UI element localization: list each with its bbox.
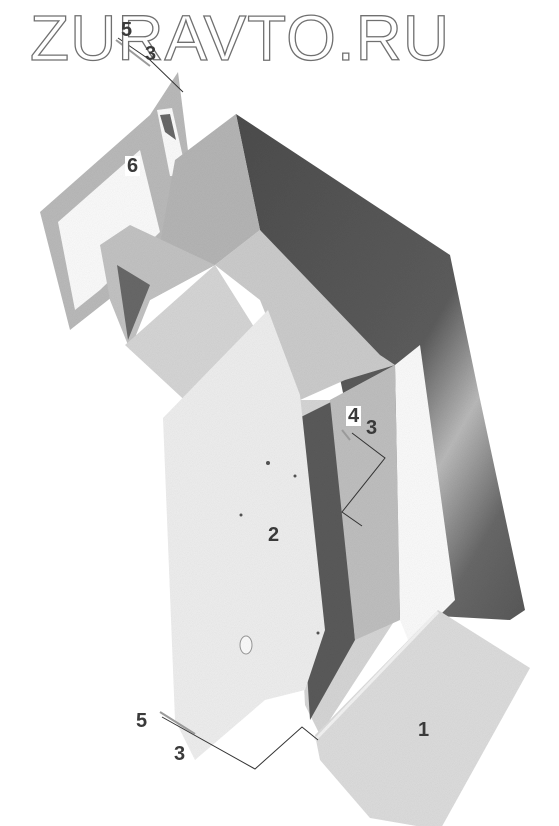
callout-1: 1 xyxy=(418,720,429,740)
callout-6: 6 xyxy=(125,156,140,176)
exploded-diagram xyxy=(0,0,559,826)
callout-5-top: 5 xyxy=(121,20,132,40)
callout-4: 4 xyxy=(346,406,361,426)
part-1-housing xyxy=(100,114,530,826)
callout-3-bottom: 3 xyxy=(174,744,185,764)
watermark: ZURAVTO.RU xyxy=(30,6,450,70)
callout-5-bottom: 5 xyxy=(136,711,147,731)
callout-3-mid: 3 xyxy=(366,418,377,438)
callout-3-top: 3 xyxy=(145,44,156,64)
callout-2: 2 xyxy=(268,525,279,545)
